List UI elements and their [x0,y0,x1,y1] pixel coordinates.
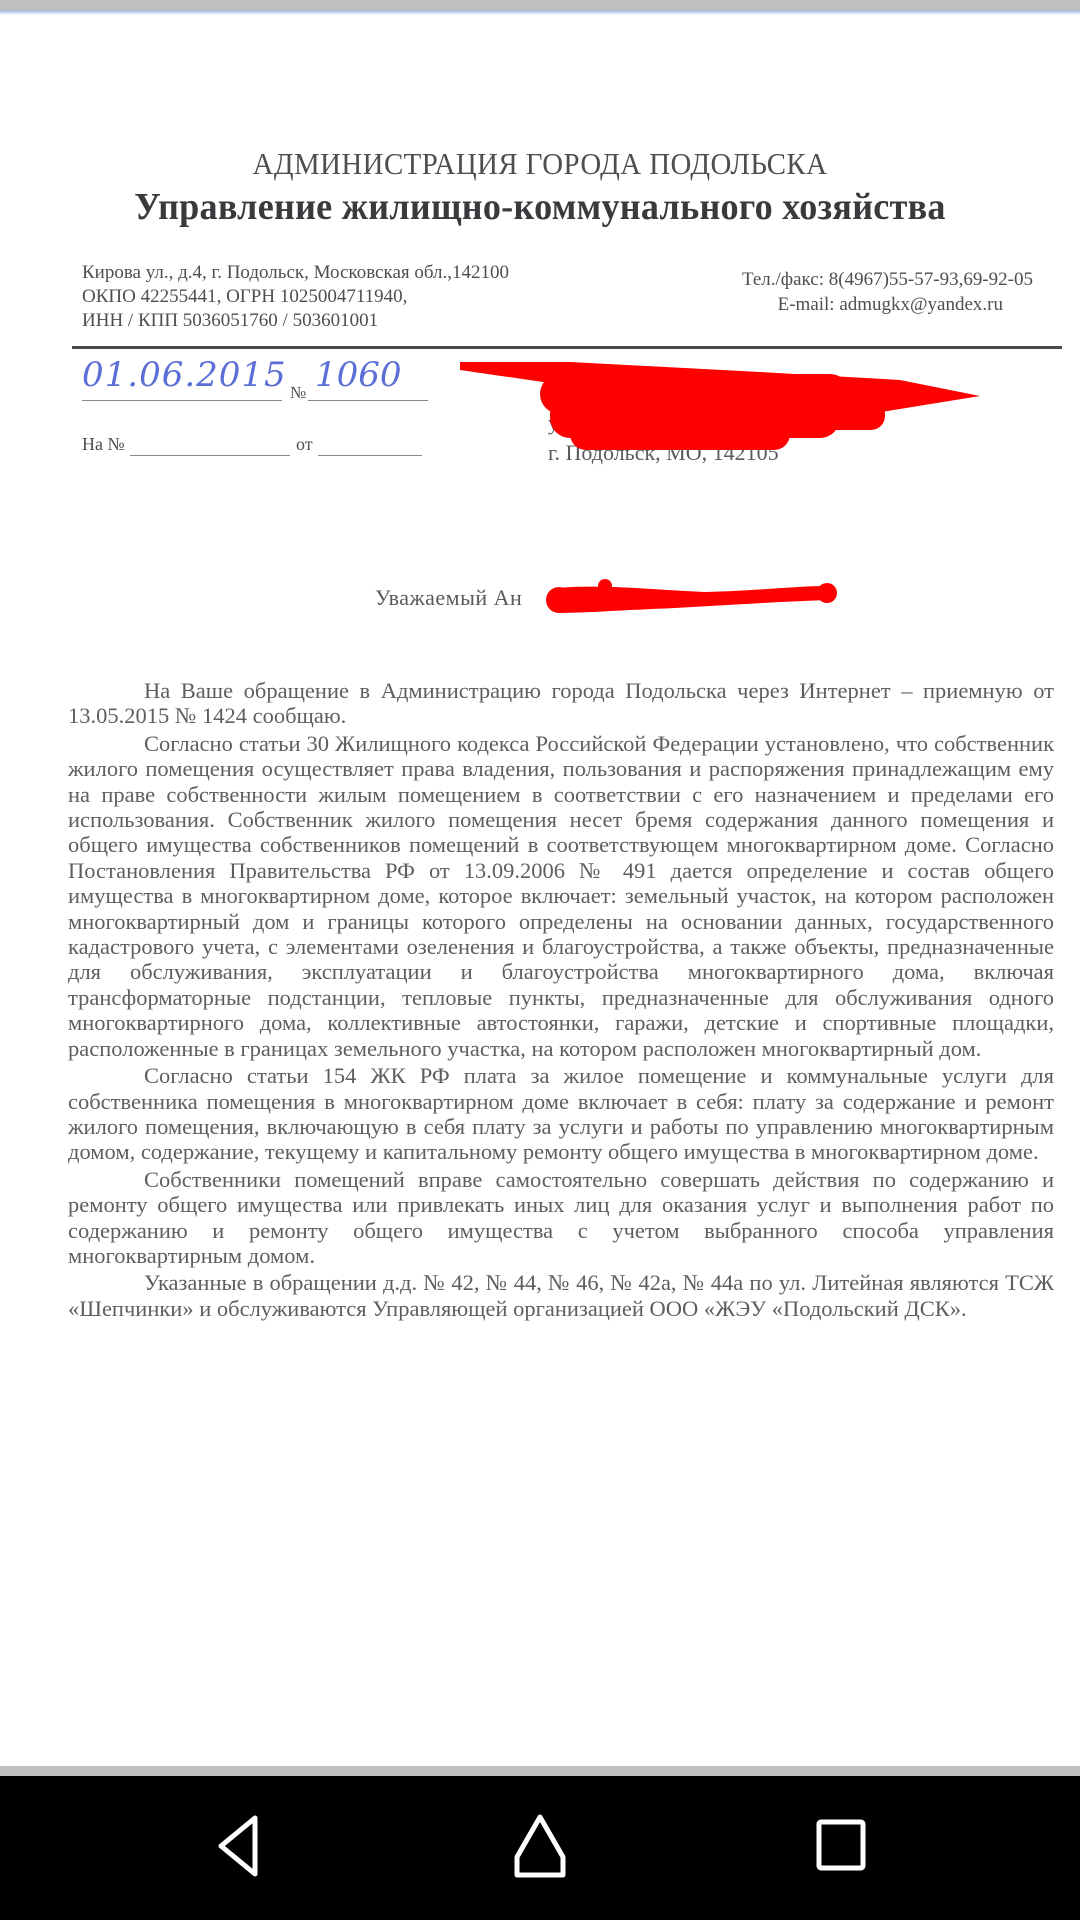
email-line: E-mail: admugkx@yandex.ru [742,292,1033,317]
back-triangle-icon [211,1814,271,1878]
phone-line: Тел./факс: 8(4967)55-57-93,69-92-05 [742,267,1033,292]
android-navigation-bar [0,1776,1080,1920]
okpo-ogrn-line: ОКПО 42255441, ОГРН 1025004711940, [82,285,509,309]
salutation-redaction [545,578,840,618]
body-paragraph: Согласно статьи 154 ЖК РФ плата за жилое… [68,1063,1054,1165]
back-button[interactable] [201,1806,281,1886]
reference-number-label: На № [82,434,125,455]
page-bottom-bar [0,1766,1080,1776]
registration-number-handwritten: 1060 [315,355,425,395]
recipient-redaction [460,360,980,460]
home-icon [508,1813,572,1879]
body-paragraph: Указанные в обращении д.д. № 42, № 44, №… [68,1270,1054,1321]
letterhead-department: Управление жилищно-коммунального хозяйст… [27,185,1053,229]
letterhead-divider [72,346,1062,349]
recents-square-icon [811,1816,871,1876]
salutation: Уважаемый Ан [375,585,522,611]
inn-kpp-line: ИНН / КПП 5036051760 / 503601001 [82,309,509,333]
home-button[interactable] [500,1806,580,1886]
letterhead-administration: АДМИНИСТРАЦИЯ ГОРОДА ПОДОЛЬСКА [38,146,1042,182]
address-line: Кирова ул., д.4, г. Подольск, Московская… [82,261,509,285]
registration-number-label: № [290,383,306,403]
reference-from-label: от [296,434,313,455]
registration-date-line [82,400,282,401]
reference-number-line [130,455,290,456]
requisites-left: Кирова ул., д.4, г. Подольск, Московская… [82,261,509,333]
top-gray-strip [0,0,1080,10]
body-paragraph: На Ваше обращение в Администрацию города… [68,678,1054,729]
recents-button[interactable] [801,1806,881,1886]
reference-from-line [318,455,422,456]
registration-date-handwritten: 01.06.2015 [82,355,282,395]
body-paragraph: Собственники помещений вправе самостояте… [68,1167,1054,1269]
registration-number-line [308,400,428,401]
body-paragraph: Согласно статьи 30 Жилищного кодекса Рос… [68,731,1054,1061]
requisites-right: Тел./факс: 8(4967)55-57-93,69-92-05 E-ma… [742,267,1033,317]
letter-body: На Ваше обращение в Администрацию города… [68,678,1054,1321]
